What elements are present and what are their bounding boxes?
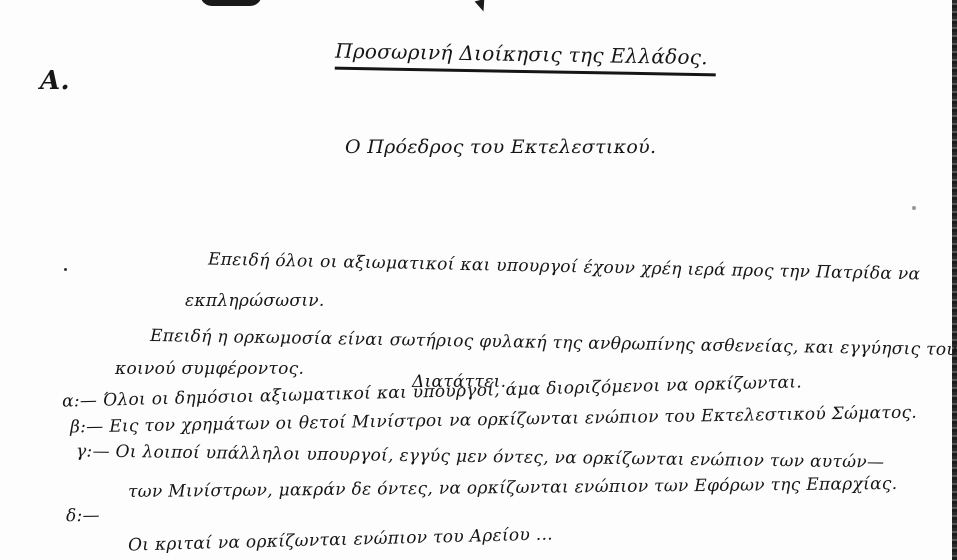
ink-mark <box>475 0 488 13</box>
article-text: Οι λοιποί υπάλληλοι υπουργοί, εγγύς μεν … <box>115 442 884 473</box>
page-edge <box>952 0 957 560</box>
ink-speck <box>912 206 916 210</box>
document-subtitle: Ο Πρόεδρος του Εκτελεστικού. <box>345 136 656 158</box>
article-c: γ:— Οι λοιποί υπάλληλοι υπουργοί, εγγύς … <box>76 441 885 472</box>
ink-blot <box>200 0 262 6</box>
article-marker: α:— <box>62 391 98 412</box>
preamble-line-3: Επειδή η ορκωμοσία είναι σωτήριος φυλακή… <box>150 326 957 360</box>
folio-mark: Α. <box>40 66 70 96</box>
article-marker: γ:— <box>76 441 110 461</box>
preamble-line-1: Επειδή όλοι οι αξιωματικοί και υπουργοί … <box>208 250 921 285</box>
preamble-line-2: εκπληρώσωσιν. <box>185 291 325 311</box>
document-title: Προσωρινή Διοίκησις της Ελλάδος. <box>335 39 716 77</box>
ink-speck <box>64 268 67 271</box>
article-d: δ:— <box>66 506 100 527</box>
preamble-line-4: κοινού συμφέροντος. <box>115 359 304 379</box>
article-d-text: Οι κριταί να ορκίζωνται ενώπιον του Αρεί… <box>128 524 553 555</box>
article-text: των Μινίστρων, μακράν δε όντες, να ορκίζ… <box>128 474 898 502</box>
article-marker: β:— <box>70 417 104 438</box>
article-text: Εις τον χρημάτων οι θετοί Μινίστροι να ο… <box>109 403 917 437</box>
article-text: Οι κριταί να ορκίζωνται ενώπιον του Αρεί… <box>128 524 553 555</box>
manuscript-page: Α. Προσωρινή Διοίκησις της Ελλάδος. Ο Πρ… <box>0 0 957 560</box>
article-marker: δ:— <box>66 506 100 527</box>
article-c-continuation: των Μινίστρων, μακράν δε όντες, να ορκίζ… <box>128 474 898 502</box>
